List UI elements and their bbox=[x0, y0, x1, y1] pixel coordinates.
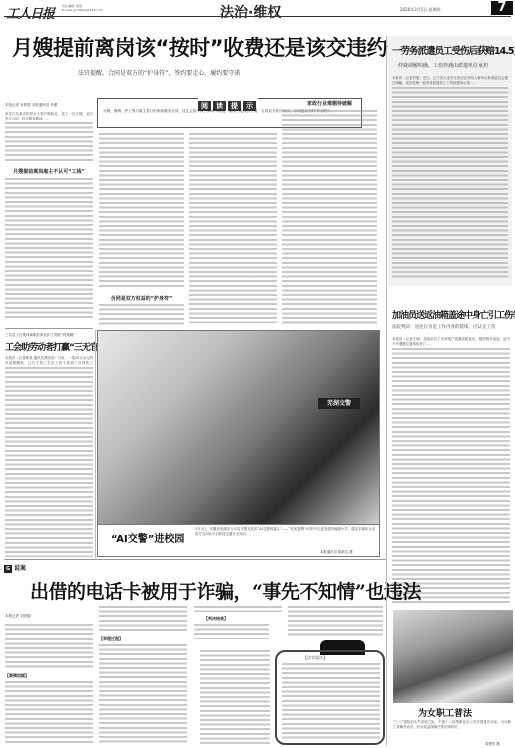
case-label-text: 说案 bbox=[14, 565, 26, 572]
left-mid-body bbox=[5, 367, 93, 557]
right-top-lead: 本报讯（记者刘旭）近日，辽宁省大连市瓦房店区劳动人事争议仲裁委员会通过调解，成功… bbox=[392, 76, 508, 85]
case-glyph-icon: G bbox=[4, 565, 12, 573]
case-section-heading-3: 【判决结果】 bbox=[204, 616, 234, 622]
masthead-email: E-mail: grrbfzwq@163.com bbox=[62, 8, 103, 12]
photo-credit: 本报通讯员 陈新宝 摄 bbox=[320, 549, 353, 554]
photo-caption-text: 3月3日，安徽省芜湖市公安局交警支队的“AI交警机器人”——“芜优智警”02型号… bbox=[195, 527, 375, 545]
judge-comment-title: 【法官说法】 bbox=[303, 655, 327, 661]
left-mid-kicker: 三名员工在集体离职后被克扣工资的“铁饭碗” bbox=[5, 333, 75, 338]
lead-headline: 月嫂提前离岗该“按时”收费还是该交违约金？ bbox=[12, 32, 428, 62]
dateline: 2026年3月5日 星期四 bbox=[400, 7, 441, 13]
case-body-col1a bbox=[5, 624, 93, 669]
case-body-col3b bbox=[194, 624, 269, 639]
right-mid-body bbox=[392, 348, 510, 603]
photo-vest-text: 芜湖交警 bbox=[318, 398, 360, 409]
case-body-col1b bbox=[5, 681, 93, 745]
section-title: 法治·维权 bbox=[220, 2, 281, 22]
lead-body-col4 bbox=[282, 110, 377, 325]
right-top-body bbox=[392, 87, 508, 280]
case-body-col2a bbox=[99, 606, 187, 631]
case-section-label: G说案 bbox=[4, 563, 26, 573]
case-headline: 出借的电话卡被用于诈骗，“事先不知情”也违法 bbox=[30, 577, 421, 604]
case-body-col3a bbox=[194, 606, 282, 612]
lead-body-col1a bbox=[5, 122, 93, 162]
lead-subhead-2: 合同是双方权益的“护身符” bbox=[99, 295, 184, 302]
ai-traffic-police-photo bbox=[97, 330, 380, 525]
lead-intro: 家住江苏某市的刘女士预产期临近，找了一位月嫂，双方签订合同，约定服务期间…… bbox=[5, 112, 93, 120]
lead-body-col1b bbox=[5, 178, 93, 318]
column-divider bbox=[386, 36, 387, 746]
lead-subhead-1: 月嫂提前离岗雇主不认可“工钱” bbox=[5, 168, 93, 175]
masthead-rule bbox=[4, 16, 511, 17]
newspaper-logo: 工人日报 bbox=[6, 3, 54, 22]
case-byline: 本报记者 刘美娟 bbox=[5, 614, 31, 619]
judge-comment-body bbox=[282, 663, 380, 741]
women-workers-caption-title: 为女职工普法 bbox=[418, 706, 472, 719]
lead-subhead-3: 家政行业难题待破解 bbox=[282, 100, 377, 107]
divider bbox=[5, 328, 93, 329]
case-body-col3c bbox=[200, 650, 270, 745]
right-top-subheadline: 仲裁调解明确，工伤待遇由派遣单位承担 bbox=[398, 62, 488, 69]
case-section-heading-1: 【案情回顾】 bbox=[5, 673, 35, 679]
masthead-editor-info: 责任编辑: 周倩 E-mail: grrbfzwq@163.com bbox=[62, 4, 103, 12]
photo-caption-title: “AI交警”进校园 bbox=[111, 530, 184, 545]
editor-note-badge: 阅读提示 bbox=[198, 93, 258, 103]
divider bbox=[4, 559, 386, 560]
page-number: 7 bbox=[491, 1, 513, 15]
lead-byline: 本报记者 吴铎思 本报通讯员 肖蕾 bbox=[5, 103, 57, 108]
right-top-headline: 一劳务派遣员工受伤后获赔14.5万元 bbox=[392, 43, 515, 57]
lead-body-col2a bbox=[99, 133, 184, 288]
women-workers-caption-text: “三八”国际妇女节来临之际，中建十八局集团北京公司开展普法活动，为女职工讲解劳动… bbox=[393, 720, 511, 739]
women-workers-credit: 梁建华 摄 bbox=[485, 741, 500, 746]
left-mid-lead: 本报讯（记者陈晨 通讯员曾明亮）日前，一笔20万余元的劳动报酬款，让打工的三名员… bbox=[5, 356, 93, 365]
case-body-col2b bbox=[99, 644, 187, 745]
women-workers-photo bbox=[393, 610, 513, 703]
case-section-heading-2: 【审理过程】 bbox=[99, 636, 129, 642]
right-mid-lead: 本报讯（记者王晓）加油站员工发现客户遗落油箱盖后，随即骑车追赶，途中不幸遭遇交通… bbox=[392, 337, 510, 346]
column-divider bbox=[95, 330, 96, 558]
case-body-col4 bbox=[288, 606, 383, 636]
right-mid-headline: 加油员送返油箱盖途中身亡引工伤争议 bbox=[392, 308, 515, 321]
lead-body-col3 bbox=[189, 133, 277, 323]
right-mid-subheadline: 法院判决：送还行为是工作内容的延续，应认定工伤 bbox=[392, 324, 496, 330]
lead-subheadline: 法官提醒，合同是双方的“护身符”，签约要走心、履约要守诺 bbox=[78, 68, 240, 77]
lead-body-col2b bbox=[99, 304, 184, 326]
